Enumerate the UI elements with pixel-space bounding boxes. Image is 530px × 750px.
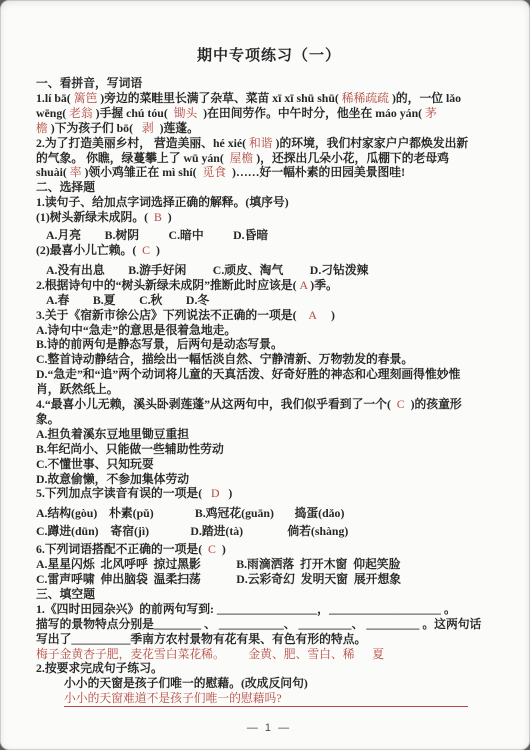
handwritten-answer: 率 [67, 165, 85, 179]
printed-text: )旁边的菜畦里长满了杂草、菜苗 xī xī shū shū( [100, 91, 339, 105]
printed-text: )手握 chú tóu( [96, 106, 168, 120]
printed-text: )季。 [310, 278, 338, 292]
printed-text: (2)最喜小儿亡赖。( [36, 243, 136, 257]
printed-text: 一、看拼音，写词语 [36, 76, 142, 90]
answer-line: 3.关于《宿新市徐公店》下列说法不正确的一项是( A ) [36, 308, 502, 323]
handwritten-answer: 稀稀疏疏 [339, 91, 392, 105]
worksheet-content: 期中专项练习（一） 一、看拼音，写词语1.lí bā( 篱笆 )旁边的菜畦里长满… [0, 0, 530, 734]
printed-text: )，还探出几朵小花，瓜棚下的老母鸡 [256, 151, 449, 165]
printed-text: D.故意偷懒，不参加集体劳动 [36, 472, 189, 486]
worksheet-page: 期中专项练习（一） 一、看拼音，写词语1.lí bā( 篱笆 )旁边的菜畦里长满… [0, 0, 530, 750]
text-line: D.“急走”和“追”两个动词将儿童的天真活泼、好奇好胜的神态和心理刻画得惟妙惟 [36, 367, 502, 382]
text-line: 写出了__________季南方农村景物有花有果、有色有形的特点。 [36, 632, 502, 647]
printed-text: 2.按要求完成句子练习。 [36, 661, 163, 675]
printed-text: 象。 [36, 412, 60, 426]
text-line: A.结构(gòu) 朴素(pǔ) B.鸡冠花(guān) 捣蛋(dǎo) [36, 506, 502, 521]
text-line: 小小的天窗是孩子们唯一的慰藉。(改成反问句) [64, 676, 502, 691]
printed-text: 描写的景物特点分别是________ 、 ___________、 ______… [36, 617, 481, 631]
printed-text: 3.关于《宿新市徐公店》下列说法不正确的一项是( [36, 308, 297, 322]
printed-text: A.诗句中“急走”的意思是很着急地走。 [36, 323, 236, 337]
printed-text: C.不懂世事、只知玩耍 [36, 457, 154, 471]
handwritten-answer: 剥 [133, 121, 160, 135]
answer-line: 檐 )下为孩子们 bō( 剥 )莲蓬。 [36, 121, 502, 136]
printed-text: 二、选择题 [36, 180, 95, 194]
text-line: A.没有出息 B.游手好闲 C.顽皮、淘气 D.刁钻泼辣 [46, 263, 502, 278]
text-line: 肖，跃然纸上。 [36, 382, 502, 397]
text-line: 1.《四时田园杂兴》的前两句写到: _________________，____… [36, 602, 502, 617]
handwritten-answer: A [297, 278, 311, 292]
answer-line: 4.“最喜小儿无赖，溪头卧剥莲蓬”从这两句中，我们似乎看到了一个( C )的孩童… [36, 397, 502, 412]
text-line: C.整首诗动静结合，描绘出一幅恬淡自然、宁静清新、万物勃发的春景。 [36, 352, 502, 367]
printed-text: ) [156, 243, 160, 257]
answer-line: (2)最喜小儿亡赖。( C ) [36, 243, 502, 258]
text-line: A.星星闪烁 北风呼呼 掠过黑影 B.雨滴洒落 打开木窗 仰起笑脸 [36, 557, 502, 572]
printed-text: )在田间劳作。中午时分，他坐在 máo yán( [203, 106, 422, 120]
handwritten-answer: 梅子金黄杏子肥，麦花雪白菜花稀。 金黄、肥、雪白、稀 夏 [36, 647, 384, 661]
printed-text: )的环境，我们村家家户户都焕发出新 [276, 136, 469, 150]
printed-text: 4.“最喜小儿无赖，溪头卧剥莲蓬”从这两句中，我们似乎看到了一个( [36, 397, 391, 411]
printed-text: A.没有出息 B.游手好闲 C.顽皮、淘气 D.刁钻泼辣 [46, 263, 368, 277]
printed-text: shuài( [36, 165, 67, 179]
printed-text: C.蹲进(dūn) 寄宿(jì) D.踏进(tà) 倘若(shàng) [36, 524, 348, 538]
printed-text: 小小的天窗是孩子们唯一的慰藉。(改成反问句) [64, 676, 308, 690]
answer-line: 5.下列加点字读音有误的一项是( D ) [36, 486, 502, 501]
printed-text: wēng( [36, 106, 66, 120]
answer-line: 的气象。 你瞧，绿蔓攀上了 wū yán( 屋檐 )，还探出几朵小花，瓜棚下的老… [36, 151, 502, 166]
printed-text: B.年纪尚小、只能做一些辅助性劳动 [36, 442, 224, 456]
text-line: C.蹲进(dūn) 寄宿(jì) D.踏进(tà) 倘若(shàng) [36, 524, 502, 539]
printed-text: 肖，跃然纸上。 [36, 382, 119, 396]
printed-text: )领小鸡雏正在 mì shí( [85, 165, 197, 179]
printed-text: A.担负着溪东豆地里锄豆重担 [36, 427, 189, 441]
printed-text: )莲蓬。 [160, 121, 199, 135]
printed-text: 5.下列加点字读音有误的一项是( [36, 486, 202, 500]
text-line: 三、填空题 [36, 587, 502, 602]
handwritten-answer: 老翁 [66, 106, 96, 120]
text-line: 象。 [36, 412, 502, 427]
printed-text: ) [168, 210, 172, 224]
printed-text: 三、填空题 [36, 587, 95, 601]
printed-text: )……好一幅朴素的田园美景图哇! [232, 165, 405, 179]
answer-line: wēng( 老翁 )手握 chú tóu( 锄头 )在田间劳作。中午时分，他坐在… [36, 106, 502, 121]
printed-text: A.星星闪烁 北风呼呼 掠过黑影 B.雨滴洒落 打开木窗 仰起笑脸 [36, 557, 400, 571]
printed-text: ) [222, 542, 226, 556]
printed-text: ) [331, 308, 335, 322]
answer-line: 梅子金黄杏子肥，麦花雪白菜花稀。 金黄、肥、雪白、稀 夏 [36, 647, 502, 662]
text-line: C.雷声呼啸 伸出脑袋 温柔扫荡 D.云彩奇幻 发明天窗 展开想象 [36, 572, 502, 587]
text-line: 描写的景物特点分别是________ 、 ___________、 ______… [36, 617, 502, 632]
handwritten-answer: A [297, 308, 331, 322]
text-line: 一、看拼音，写词语 [36, 76, 502, 91]
printed-text: (1)树头新绿未成阴。( [36, 210, 148, 224]
text-line: C.不懂世事、只知玩耍 [36, 457, 502, 472]
handwritten-answer: D [202, 486, 228, 500]
handwritten-answer: 檐 [36, 121, 48, 135]
text-line: 2.按要求完成句子练习。 [36, 661, 502, 676]
document-lines: 一、看拼音，写词语1.lí bā( 篱笆 )旁边的菜畦里长满了杂草、菜苗 xī … [36, 76, 502, 707]
printed-text: ) [228, 486, 232, 500]
handwritten-answer: 觅食 [197, 165, 232, 179]
handwritten-answer: C [136, 243, 156, 257]
printed-text: )的，一位 lǎo [392, 91, 461, 105]
answer-line: 6.下列词语搭配不正确的一项是( C ) [36, 542, 502, 557]
text-line: B.年纪尚小、只能做一些辅助性劳动 [36, 442, 502, 457]
printed-text: 1.《四时田园杂兴》的前两句写到: _________________，____… [36, 602, 456, 616]
printed-text: C.整首诗动静结合，描绘出一幅恬淡自然、宁静清新、万物勃发的春景。 [36, 352, 413, 366]
handwritten-answer: 篱笆 [71, 91, 101, 105]
text-line: B.诗的前两句是静态写景，后两句是动态写景。 [36, 337, 502, 352]
text-line: 二、选择题 [36, 180, 502, 195]
handwritten-answer: C [202, 542, 222, 556]
page-number: — 1 — [36, 722, 502, 734]
printed-text: )的孩童形 [411, 397, 462, 411]
answer-line: (1)树头新绿未成阴。( B ) [36, 210, 502, 225]
text-line: A.诗句中“急走”的意思是很着急地走。 [36, 323, 502, 338]
printed-text: D.“急走”和“追”两个动词将儿童的天真活泼、好奇好胜的神态和心理刻画得惟妙惟 [36, 367, 460, 381]
printed-text: 2.为了打造美丽乡村， 营造美丽、hé xié( [36, 136, 246, 150]
printed-text: A.月亮 B.树阴 C.暗中 D.昏暗 [46, 228, 268, 242]
printed-text: 1.lí bā( [36, 91, 71, 105]
printed-text: 2.根据诗句中的“树头新绿未成阴”推断此时应该是( [36, 278, 297, 292]
text-line: 1.读句子、给加点字词选择正确的解释。(填序号) [36, 195, 502, 210]
text-line: A.月亮 B.树阴 C.暗中 D.昏暗 [46, 228, 502, 243]
handwritten-answer: C [391, 397, 411, 411]
printed-text: A.结构(gòu) 朴素(pǔ) B.鸡冠花(guān) 捣蛋(dǎo) [36, 506, 344, 520]
handwritten-answer: 小小的天窗难道不是孩子们唯一的慰藉吗? [64, 691, 282, 705]
printed-text: 1.读句子、给加点字词选择正确的解释。(填序号) [36, 195, 289, 209]
printed-text: 的气象。 你瞧，绿蔓攀上了 wū yán( [36, 151, 224, 165]
printed-text: 6.下列词语搭配不正确的一项是( [36, 542, 202, 556]
page-title: 期中专项练习（一） [36, 44, 502, 65]
handwritten-answer: 屋檐 [224, 151, 256, 165]
handwritten-answer: B [148, 210, 168, 224]
answer-line: 2.根据诗句中的“树头新绿未成阴”推断此时应该是( A )季。 [36, 278, 502, 293]
text-line: D.故意偷懒，不参加集体劳动 [36, 472, 502, 487]
answer-line: 小小的天窗难道不是孩子们唯一的慰藉吗? [64, 691, 468, 707]
answer-line: 1.lí bā( 篱笆 )旁边的菜畦里长满了杂草、菜苗 xī xī shū sh… [36, 91, 502, 106]
handwritten-answer: 和谐 [246, 136, 276, 150]
handwritten-answer: 茅 [422, 106, 437, 120]
printed-text: 写出了__________季南方农村景物有花有果、有色有形的特点。 [36, 632, 366, 646]
answer-line: 2.为了打造美丽乡村， 营造美丽、hé xié( 和谐 )的环境，我们村家家户户… [36, 136, 502, 151]
printed-text: C.雷声呼啸 伸出脑袋 温柔扫荡 D.云彩奇幻 发明天窗 展开想象 [36, 572, 401, 586]
printed-text: )下为孩子们 bō( [48, 121, 133, 135]
text-line: A.担负着溪东豆地里锄豆重担 [36, 427, 502, 442]
handwritten-answer: 锄头 [168, 106, 203, 120]
answer-line: shuài( 率 )领小鸡雏正在 mì shí( 觅食 )……好一幅朴素的田园美… [36, 165, 502, 180]
printed-text: B.诗的前两句是静态写景，后两句是动态写景。 [36, 337, 283, 351]
text-line: A.春 B.夏 C.秋 D.冬 [46, 293, 502, 308]
printed-text: A.春 B.夏 C.秋 D.冬 [46, 293, 209, 307]
